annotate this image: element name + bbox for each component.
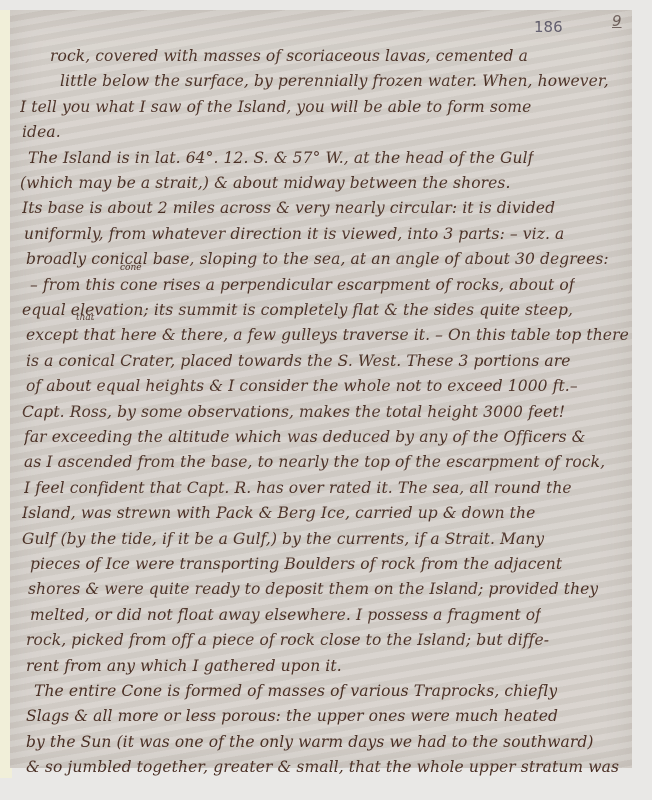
insertion-that: that (76, 313, 94, 323)
text-line: of about equal heights & I consider the … (26, 376, 578, 396)
text-line: far exceeding the altitude which was ded… (24, 427, 586, 447)
text-line: The Island is in lat. 64°. 12. S. & 57° … (28, 148, 534, 168)
text-line: as I ascended from the base, to nearly t… (24, 452, 605, 472)
text-line: is a conical Crater, placed towards the … (26, 351, 571, 371)
text-line: rock, covered with masses of scoriaceous… (50, 46, 528, 66)
text-line: Its base is about 2 miles across & very … (22, 198, 555, 218)
text-line: little below the surface, by perennially… (60, 71, 609, 91)
manuscript-page: 186 9 rock, covered with masses of scori… (10, 10, 632, 768)
text-line: Gulf (by the tide, if it be a Gulf,) by … (22, 529, 544, 549)
text-line: – from this cone rises a perpendicular e… (30, 275, 575, 295)
text-line: (which may be a strait,) & about midway … (20, 173, 511, 193)
text-line: except that here & there, a few gulleys … (26, 325, 629, 345)
text-line: broadly conical base, sloping to the sea… (26, 249, 609, 269)
text-line: pieces of Ice were transporting Boulders… (30, 554, 562, 574)
text-line: shores & were quite ready to deposit the… (28, 579, 598, 599)
text-line: equal elevation; its summit is completel… (22, 300, 573, 320)
text-line: idea. (22, 122, 61, 142)
text-line: I tell you what I saw of the Island, you… (20, 97, 531, 117)
text-line: Island, was strewn with Pack & Berg Ice,… (22, 503, 535, 523)
insertion-cone: cone (120, 263, 142, 273)
archive-folio-number: 186 (534, 18, 563, 36)
text-line: Capt. Ross, by some observations, makes … (22, 402, 565, 422)
page-number: 9 (612, 12, 622, 30)
text-line: melted, or did not float away elsewhere.… (30, 605, 541, 625)
text-line: rock, picked from off a piece of rock cl… (26, 630, 549, 650)
text-line: uniformly, from whatever direction it is… (24, 224, 564, 244)
text-line: I feel confident that Capt. R. has over … (24, 478, 572, 498)
